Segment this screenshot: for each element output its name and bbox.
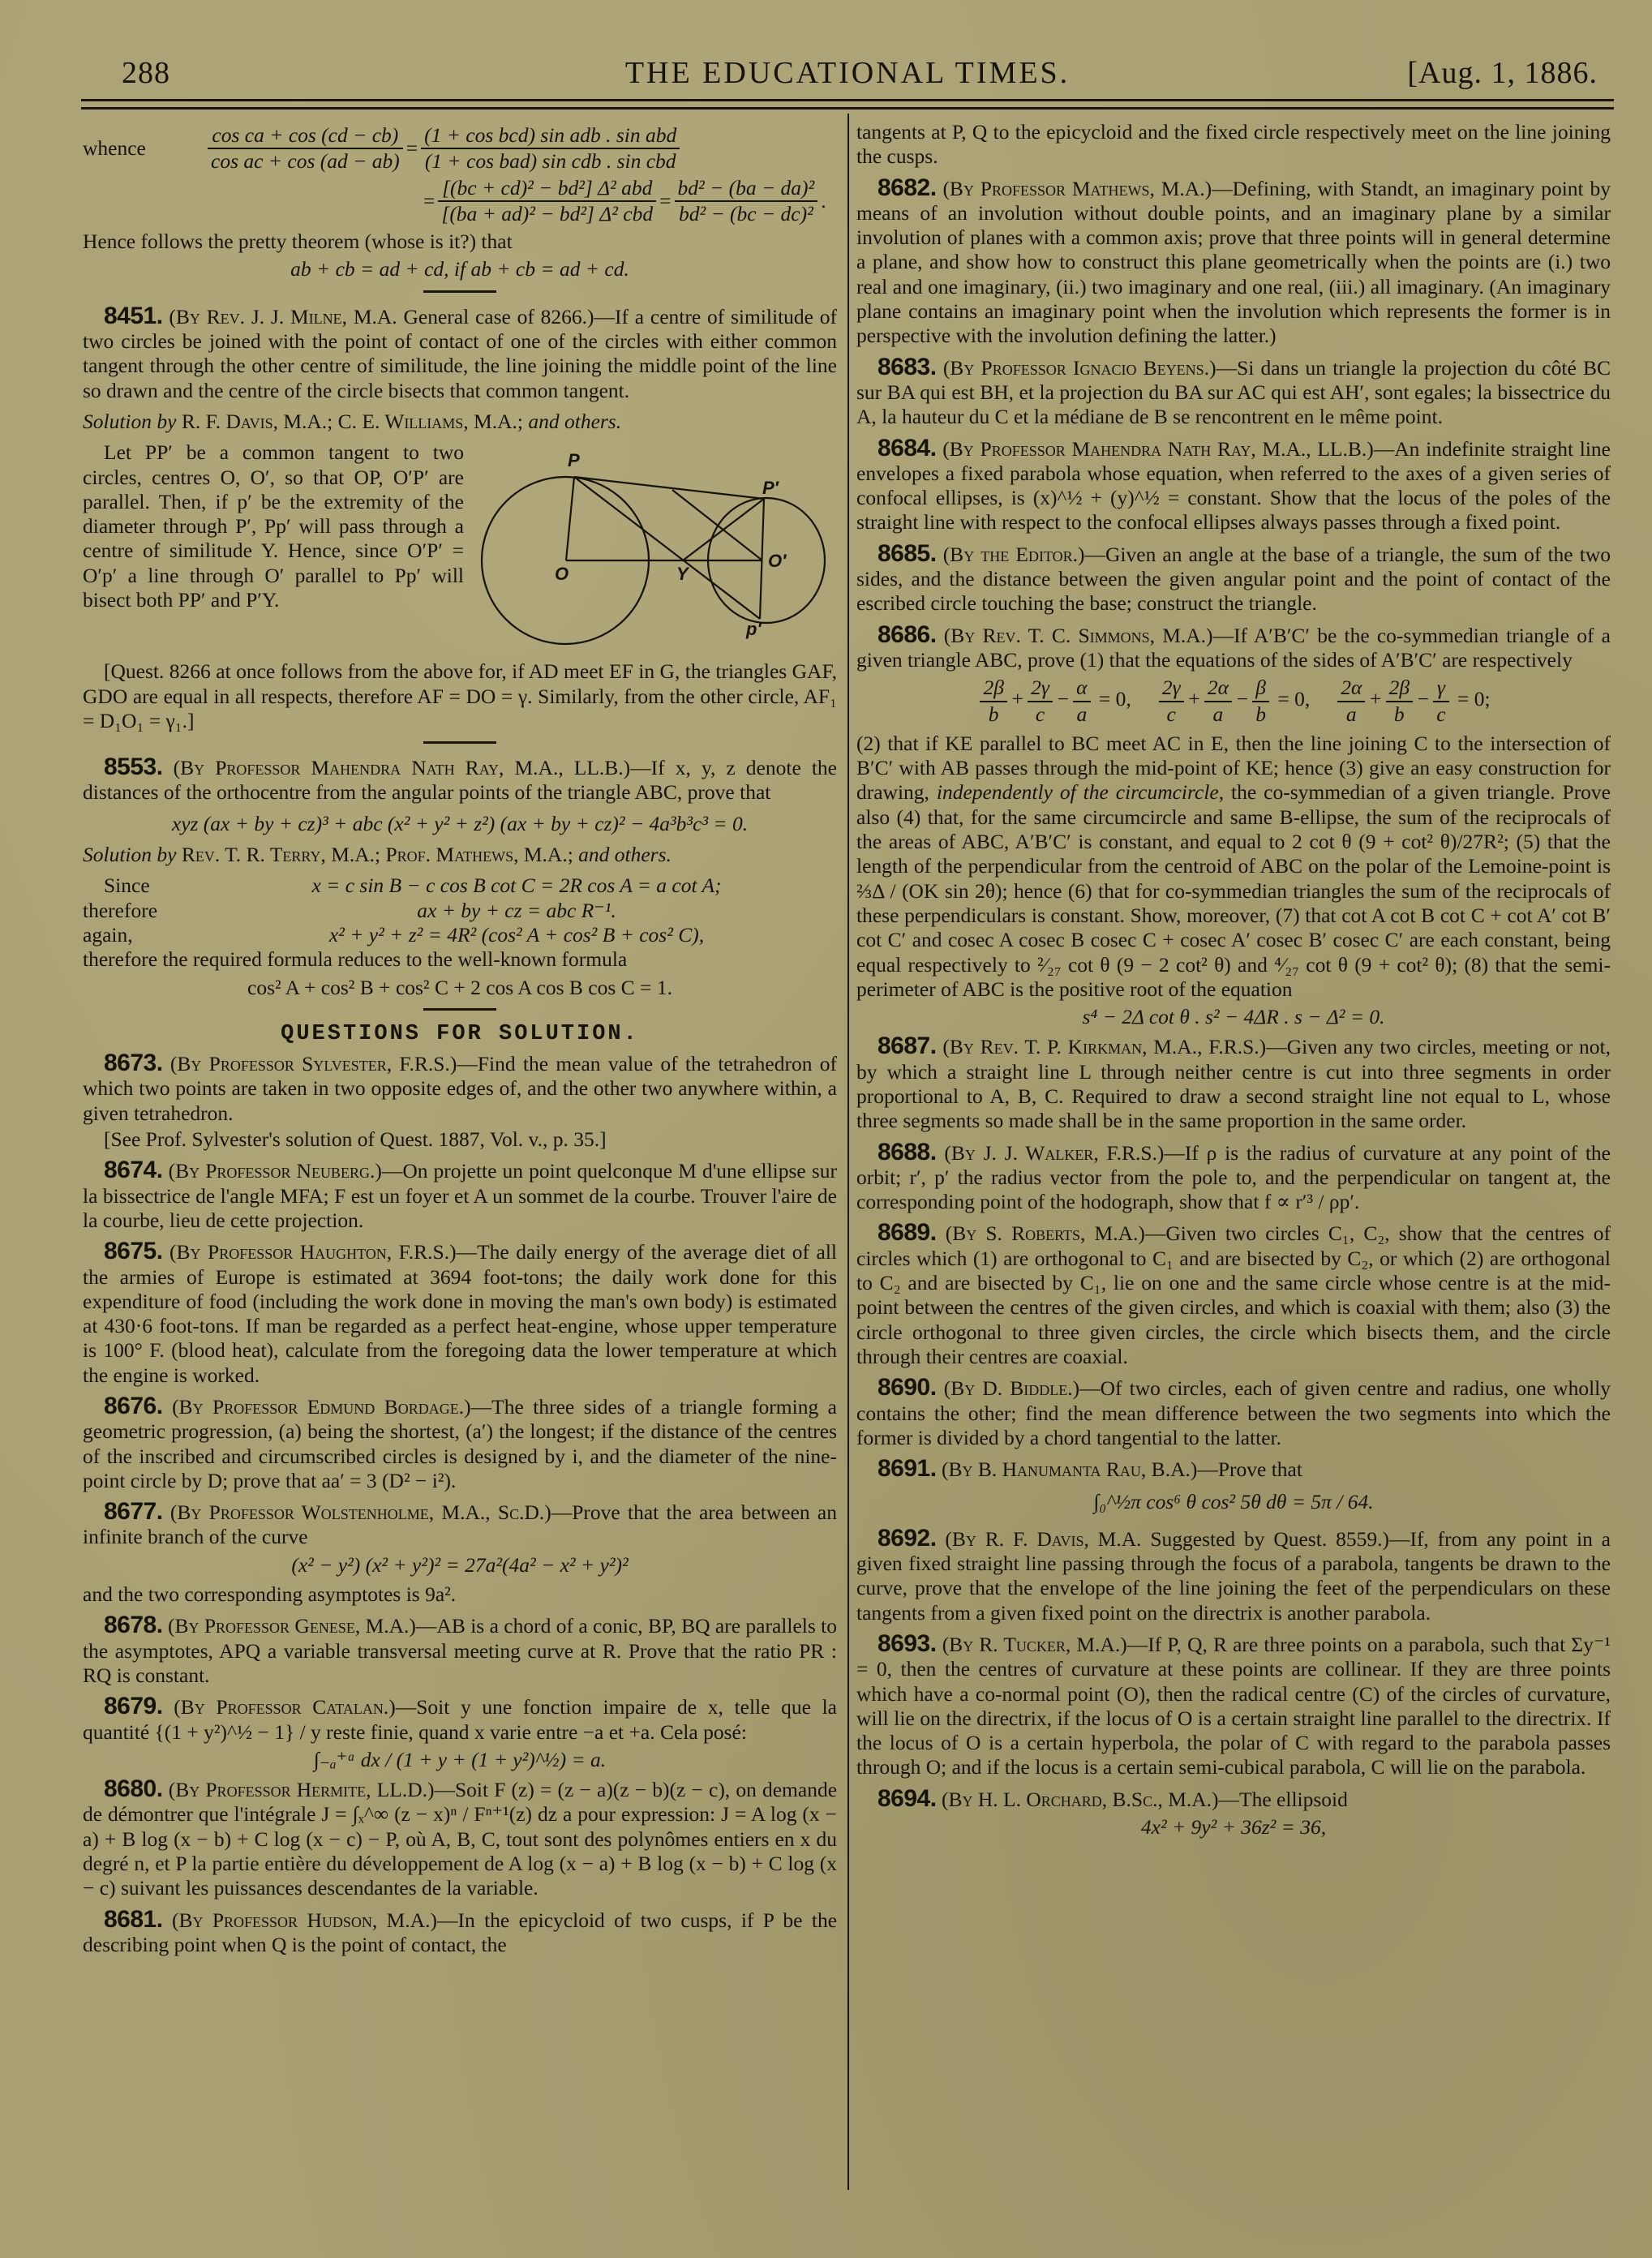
question-8689: 8689. (By S. Roberts, M.A.)—Given two ci… [856,1221,1611,1369]
question-number: 8676. [104,1393,163,1419]
question-8691: 8691. (By B. Hanumanta Rau, B.A.)—Prove … [856,1457,1611,1482]
solution-prefix: Solution by [83,410,176,433]
question-number: 8691. [877,1455,937,1482]
question-equation: s⁴ − 2Δ cot θ . s² − 4ΔR . s − Δ² = 0. [856,1005,1611,1029]
fraction: bd² − (ba − da)² bd² − (bc − dc)² [675,176,818,227]
term: a [1073,702,1090,727]
circles-figure-svg: P P′ O O′ Y p′ [464,440,837,651]
term: c [1028,702,1053,727]
side-equation-1: 2βb+2γc−αa = 0, [976,676,1131,727]
question-equation: xyz (ax + by + cz)³ + abc (x² + y² + z²)… [83,812,837,836]
fraction-denominator: bd² − (bc − dc)² [675,202,818,226]
question-equation: ∫₋ₐ⁺ᵃ dx / (1 + y + (1 + y²)^½) = a. [83,1748,837,1772]
step-equation: x = c sin B − c cos B cot C = 2R cos A =… [245,874,837,898]
solution-suffix: and others. [528,410,621,433]
section-divider [423,1008,496,1011]
question-author: (By B. Hanumanta Rau, B.A.) [942,1457,1197,1481]
question-equation: ∫₀^½π cos⁶ θ cos² 5θ dθ = 5π / 64. [856,1490,1611,1514]
question-number: 8682. [877,174,937,201]
question-author: (By R. F. Davis, M.A. [945,1527,1141,1551]
question-author: (By Professor Genese, M.A.) [168,1614,416,1638]
solution-conclusion: therefore the required formula reduces t… [83,947,837,972]
label-O-prime: O′ [768,551,787,571]
question-number: 8684. [877,435,937,461]
fraction-denominator: (1 + cos bad) sin cdb . sin cbd [421,149,680,174]
question-equation: 4x² + 9y² + 36z² = 36, [856,1815,1611,1839]
question-8677: 8677. (By Professor Wolstenholme, M.A., … [83,1500,837,1550]
equation-end: = 0; [1457,687,1491,710]
header-rule-bottom [81,107,1614,109]
final-equation: cos² A + cos² B + cos² C + 2 cos A cos B… [83,976,837,1000]
page-header: 288 THE EDUCATIONAL TIMES. [Aug. 1, 1886… [81,55,1614,97]
term: 2γ [1159,676,1184,702]
term: b [980,702,1006,727]
question-8675: 8675. (By Professor Haughton, F.R.S.)—Th… [83,1239,837,1388]
step-label: Since [83,874,245,898]
section-divider [423,741,496,744]
term: a [1337,702,1365,727]
question-text: —The ellipsoid [1219,1788,1348,1811]
question-8687: 8687. (By Rev. T. P. Kirkman, M.A., F.R.… [856,1034,1611,1133]
step-equation: ax + by + cz = abc R⁻¹. [245,899,837,923]
label-p-prime: p′ [745,619,762,639]
solution-step: therefore ax + by + cz = abc R⁻¹. [83,899,837,923]
issue-date: [Aug. 1, 1886. [1407,55,1598,91]
question-8694: 8694. (By H. L. Orchard, B.Sc., M.A.)—Th… [856,1787,1611,1812]
fraction-numerator: [(bc + cd)² − bd²] Δ² abd [438,176,656,202]
term: γ [1433,676,1448,702]
question-number: 8677. [104,1498,163,1525]
question-author: (By Professor Neuberg.) [169,1159,382,1183]
question-number: 8678. [104,1612,163,1638]
question-text: —Defining, with Standt, an imaginary poi… [856,177,1611,348]
fraction-numerator: bd² − (ba − da)² [675,176,818,202]
question-8685: 8685. (By the Editor.)—Given an angle at… [856,542,1611,616]
question-number: 8673. [104,1050,163,1076]
solution-with-figure: Let PP′ be a common tangent to two circl… [83,440,837,651]
term: a [1204,702,1232,727]
solution-suffix: and others. [578,843,672,866]
equation-end: = 0, [1099,687,1131,710]
question-8679: 8679. (By Professor Catalan.)—Soit y une… [83,1694,837,1745]
fraction-numerator: cos ca + cos (cd − cb) [208,123,403,149]
solution-prefix: Solution by [83,843,176,866]
fraction: (1 + cos bcd) sin adb . sin abd (1 + cos… [421,123,680,174]
two-circles-diagram: P P′ O O′ Y p′ [464,440,837,651]
question-number: 8687. [877,1032,937,1059]
whence-equation-line2: = [(bc + cd)² − bd²] Δ² abd [(ba + ad)² … [83,176,837,227]
header-rule-top [81,99,1614,101]
solution-authors: R. F. Davis, M.A.; C. E. Williams, M.A.; [176,410,528,433]
term: c [1433,702,1448,727]
label-O: O [555,564,569,584]
equation-end: = 0, [1277,687,1310,710]
question-number: 8674. [104,1157,163,1183]
question-number: 8679. [104,1693,163,1719]
whence-label: whence [83,136,204,161]
term: 2α [1204,676,1232,702]
left-column: whence cos ca + cos (cd − cb) cos ac + c… [83,120,837,1964]
fraction-numerator: (1 + cos bcd) sin adb . sin abd [421,123,680,149]
question-8683: 8683. (By Professor Ignacio Beyens.)—Si … [856,355,1611,430]
question-author: (By Rev. J. J. Milne, M.A. [169,305,397,328]
question-author: (By Professor Mahendra Nath Ray, M.A., L… [174,756,631,779]
column-divider [847,114,849,2190]
question-author: (By Rev. T. C. Simmons, M.A.) [944,624,1213,647]
solution-step: Since x = c sin B − c cos B cot C = 2R c… [83,874,837,898]
question-author: (By S. Roberts, M.A.) [946,1221,1145,1245]
question-number: 8692. [877,1525,937,1552]
question-author: (By Professor Hermite, LL.D.) [169,1778,435,1801]
fraction: cos ca + cos (cd − cb) cos ac + cos (ad … [208,123,403,174]
question-author: (By Professor Sylvester, F.R.S.) [170,1052,457,1075]
question-number: 8683. [877,354,937,380]
solution-text: Let PP′ be a common tangent to two circl… [83,440,464,651]
question-number: 8675. [104,1238,163,1264]
question-8680: 8680. (By Professor Hermite, LL.D.)—Soit… [83,1777,837,1900]
question-8451: 8451. (By Rev. J. J. Milne, M.A. General… [83,304,837,403]
question-8690: 8690. (By D. Biddle.)—Of two circles, ea… [856,1376,1611,1450]
theorem-equation: ab + cb = ad + cd, if ab + cb = ad + cd. [83,257,837,281]
fraction-denominator: cos ac + cos (ad − ab) [208,149,403,174]
question-author: (By Professor Edmund Bordage.) [172,1395,471,1419]
question-8673: 8673. (By Professor Sylvester, F.R.S.)—F… [83,1051,837,1126]
right-column: tangents at P, Q to the epicycloid and t… [856,120,1611,1844]
step-equation: x² + y² + z² = 4R² (cos² A + cos² B + co… [245,923,837,947]
question-note: [See Prof. Sylvester's solution of Quest… [83,1127,837,1152]
question-number: 8553. [104,753,163,780]
theorem-intro: Hence follows the pretty theorem (whose … [83,230,837,254]
question-8678: 8678. (By Professor Genese, M.A.)—AB is … [83,1613,837,1688]
question-8684: 8684. (By Professor Mahendra Nath Ray, M… [856,436,1611,535]
whence-equation: whence cos ca + cos (cd − cb) cos ac + c… [83,123,837,174]
label-P-prime: P′ [762,478,780,498]
fraction-denominator: [(ba + ad)² − bd²] Δ² cbd [438,202,656,226]
step-label: again, [83,923,245,947]
term: b [1386,702,1413,727]
side-equations: 2βb+2γc−αa = 0, 2γc+2αa−βb = 0, 2αa+2βb−… [856,676,1611,727]
solution-credit: Solution by Rev. T. R. Terry, M.A.; Prof… [83,843,837,867]
question-number: 8686. [877,621,937,648]
question-author: (By J. J. Walker, F.R.S.) [944,1141,1164,1165]
solution-credit: Solution by R. F. Davis, M.A.; C. E. Wil… [83,410,837,434]
section-heading: QUESTIONS FOR SOLUTION. [83,1022,837,1046]
solution-step: again, x² + y² + z² = 4R² (cos² A + cos²… [83,923,837,947]
term: 2α [1337,676,1365,702]
question-author: (By Professor Mathews, M.A.) [942,177,1212,200]
quest-note: [Quest. 8266 at once follows from the ab… [83,659,837,733]
question-8682: 8682. (By Professor Mathews, M.A.)—Defin… [856,176,1611,349]
term: 2β [980,676,1006,702]
question-8676: 8676. (By Professor Edmund Bordage.)—The… [83,1394,837,1493]
question-author: (By H. L. Orchard, B.Sc., M.A.) [942,1788,1219,1811]
term: c [1159,702,1184,727]
question-equation: (x² − y²) (x² + y²)² = 27a²(4a² − x² + y… [83,1553,837,1578]
term: 2γ [1028,676,1053,702]
question-author: (By Professor Mahendra Nath Ray, M.A., L… [942,437,1373,461]
question-8693: 8693. (By R. Tucker, M.A.)—If P, Q, R ar… [856,1632,1611,1780]
question-number: 8680. [104,1775,163,1802]
question-number: 8685. [877,540,937,567]
step-label: therefore [83,899,245,923]
question-text: —Prove that [1197,1457,1302,1481]
side-equation-3: 2αa+2βb−γc = 0; [1334,676,1490,727]
question-author: (By D. Biddle.) [944,1376,1079,1400]
publication-title: THE EDUCATIONAL TIMES. [81,55,1614,91]
newspaper-page: 288 THE EDUCATIONAL TIMES. [Aug. 1, 1886… [0,0,1652,2258]
question-number: 8689. [877,1219,937,1246]
question-text-italic: independently of the circumcircle [937,780,1219,804]
solution-authors: Rev. T. R. Terry, M.A.; Prof. Mathews, M… [176,843,578,866]
question-text: , the co-symmedian of a given triangle. … [856,780,1611,1000]
question-number: 8694. [877,1785,937,1812]
question-author: (By Professor Hudson, M.A.) [172,1908,437,1932]
question-text-after: and the two corresponding asymptotes is … [83,1582,837,1607]
question-author: (By Rev. T. P. Kirkman, M.A., F.R.S.) [942,1035,1266,1058]
side-equation-2: 2γc+2αa−βb = 0, [1156,676,1310,727]
question-8681: 8681. (By Professor Hudson, M.A.)—In the… [83,1908,837,1958]
question-8553: 8553. (By Professor Mahendra Nath Ray, M… [83,755,837,805]
question-8686-continued: (2) that if KE parallel to BC meet AC in… [856,732,1611,1002]
question-author: (By the Editor.) [943,543,1085,566]
label-P: P [568,450,580,470]
question-8674: 8674. (By Professor Neuberg.)—On projett… [83,1158,837,1233]
question-number: 8693. [877,1630,937,1657]
question-number: 8688. [877,1139,937,1165]
question-8688: 8688. (By J. J. Walker, F.R.S.)—If ρ is … [856,1140,1611,1215]
fraction: [(bc + cd)² − bd²] Δ² abd [(ba + ad)² − … [438,176,656,227]
question-number: 8681. [104,1906,163,1933]
continued-text: tangents at P, Q to the epicycloid and t… [856,120,1611,170]
term: 2β [1386,676,1413,702]
question-number: 8690. [877,1374,937,1401]
question-8692: 8692. (By R. F. Davis, M.A. Suggested by… [856,1526,1611,1625]
question-number: 8451. [104,303,163,329]
question-author: (By Professor Ignacio Beyens.) [943,356,1216,380]
term: b [1252,702,1269,727]
label-Y: Y [676,564,690,584]
question-author: (By R. Tucker, M.A.) [942,1633,1127,1656]
term: β [1252,676,1269,702]
section-divider [423,290,496,293]
question-8686: 8686. (By Rev. T. C. Simmons, M.A.)—If A… [856,623,1611,673]
question-author: (By Professor Catalan.) [174,1695,395,1719]
question-author: (By Professor Wolstenholme, M.A., Sc.D.) [170,1500,551,1524]
term: α [1073,676,1090,702]
question-author: (By Professor Haughton, F.R.S.) [169,1240,457,1264]
